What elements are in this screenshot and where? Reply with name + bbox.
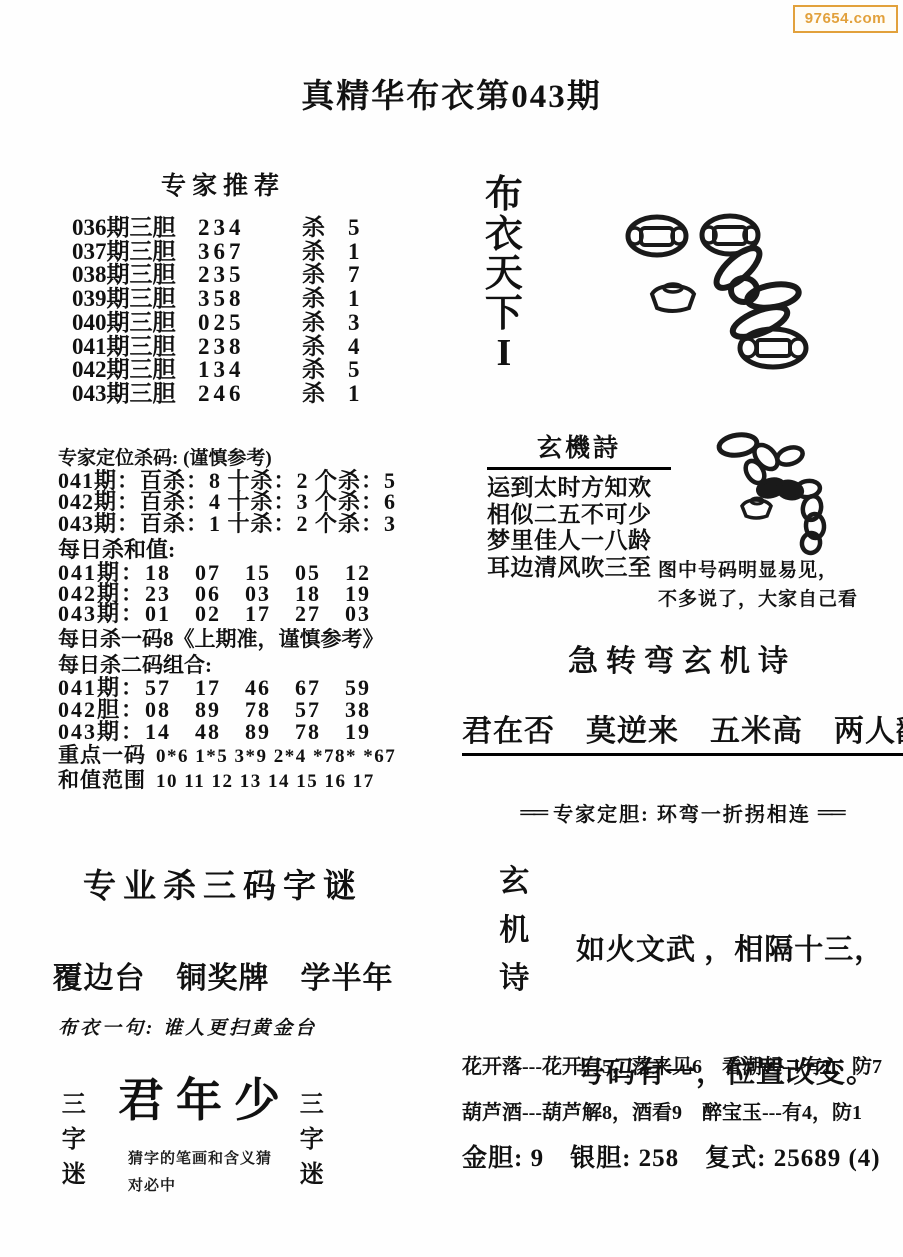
beads-chain-illustration [702,422,852,567]
three-char-note: 猜字的笔画和含义猜 对必中 [128,1146,272,1200]
kill-position-row: 041期：百杀：8 十杀：2 个杀：5 [58,470,410,491]
buyi-tianxia-vertical-title: 布衣天下I [482,176,526,374]
three-char-label-left: 三字迷 [60,1088,88,1192]
prediction-line: 葫芦酒---葫芦解8，酒看9 醉宝玉---有4，防1 [462,1090,903,1136]
lottery-sheet-page: 97654.com 真精华布衣第043期 专家推荐 036期三胆234杀5 03… [0,0,903,1257]
recommend-row: 039期三胆358杀1 [72,287,404,311]
three-char-label-right: 三字迷 [298,1088,326,1192]
left-rule-ornament: ══ [520,800,546,825]
beads-chain-sketch [702,422,852,562]
expert-dan-text: 专家定胆: 环弯一折拐相连 [553,798,811,827]
picture-note-line1: 图中号码明显易见， [658,556,858,585]
dan-poem-line1: 如火文武 ，相隔十三， [576,930,884,971]
coins-chain-sketch [610,198,850,398]
riddle-words: 覆边台 铜奖牌 学半年 [42,953,404,997]
riddle-title: 专业杀三码字谜 [42,860,404,907]
picture-note: 图中号码明显易见， 不多说了，大家自己看 [658,556,858,614]
row-issue: 039期三胆 [72,287,198,311]
xuanji-poem-title: 玄機詩 [487,428,671,470]
sharp-turn-line: 君在否 莫逆来 五米高 两人翻 [462,706,903,756]
xuanji-poem-line: 耳边清风吹三至 [487,555,671,582]
row-kill-value: 1 [348,287,360,311]
expert-recommend-title: 专家推荐 [42,166,404,202]
row-kill-value: 3 [348,311,360,335]
recommend-row: 041期三胆238杀4 [72,335,404,359]
row-dan: 358 [198,287,302,311]
row-dan: 238 [198,335,302,359]
row-kill-value: 1 [348,382,360,406]
row-issue: 038期三胆 [72,263,198,287]
sum-range-value: 10 11 12 13 14 15 16 17 [156,770,375,793]
sum-range-line: 和值范围 10 11 12 13 14 15 16 17 [58,769,410,793]
row-kill-label: 杀 [302,311,348,335]
recommend-row: 043期三胆246杀1 [72,382,404,406]
key-one-label: 重点一码 [58,744,146,767]
xuanji-poem-line: 相似二五不可少 [487,502,671,529]
key-one-value: 0*6 1*5 3*9 2*4 *78* *67 [156,745,396,768]
row-dan: 234 [198,216,302,240]
riddle-section: 专业杀三码字谜 覆边台 铜奖牌 学半年 布衣一句: 谁人更扫黄金台 [42,860,404,1040]
row-kill-value: 5 [348,358,360,382]
xuanji-poem-line: 运到太时方知欢 [487,475,671,502]
row-dan: 025 [198,311,302,335]
bottom-predictions: 花开落---花开有5，落来见6 看潮起---有2，防7 葫芦酒---葫芦解8，酒… [462,1044,903,1182]
row-kill-label: 杀 [302,263,348,287]
recommend-row: 037期三胆367杀1 [72,240,404,264]
row-kill-label: 杀 [302,382,348,406]
row-kill-value: 1 [348,240,360,264]
daily-kill-two-heading: 每日杀二码组合: [58,653,410,677]
three-char-note-line2: 对必中 [128,1173,272,1200]
kill-numbers-section: 专家定位杀码: (谨慎参考) 041期：百杀：8 十杀：2 个杀：5 042期：… [58,448,410,793]
xuanji-poem-section: 玄機詩 运到太时方知欢 相似二五不可少 梦里佳人一八龄 耳边清风吹三至 [487,428,671,581]
row-kill-value: 4 [348,335,360,359]
row-kill-label: 杀 [302,358,348,382]
sum-range-label: 和值范围 [58,769,146,792]
daily-kill-one-line: 每日杀一码8《上期准，谨慎参考》 [58,626,410,653]
row-kill-label: 杀 [302,287,348,311]
recommend-row: 042期三胆134杀5 [72,358,404,382]
row-issue: 037期三胆 [72,240,198,264]
page-title: 真精华布衣第043期 [0,70,903,117]
right-rule-ornament: ══ [818,800,844,825]
recommend-row: 040期三胆025杀3 [72,311,404,335]
buyi-sentence: 布衣一句: 谁人更扫黄金台 [42,1013,404,1040]
daily-kill-two-row: 042胆：08 89 78 57 38 [58,699,410,721]
row-dan: 246 [198,382,302,406]
final-dan-line: 金胆: 9 银胆: 258 复式: 25689 (4) [462,1136,903,1182]
kill-position-heading: 专家定位杀码: (谨慎参考) [58,448,410,470]
site-watermark: 97654.com [793,5,898,33]
expert-recommend-list: 036期三胆234杀5 037期三胆367杀1 038期三胆235杀7 039期… [42,216,404,406]
recommend-row: 038期三胆235杀7 [72,263,404,287]
row-issue: 042期三胆 [72,358,198,382]
picture-note-line2: 不多说了，大家自己看 [658,585,858,614]
row-issue: 036期三胆 [72,216,198,240]
row-kill-value: 7 [348,263,360,287]
daily-kill-two-row: 043期：14 48 89 78 19 [58,721,410,743]
expert-recommend-section: 专家推荐 036期三胆234杀5 037期三胆367杀1 038期三胆235杀7… [42,166,404,406]
row-dan: 367 [198,240,302,264]
three-char-answer: 君年少 [118,1064,292,1130]
xuanji-poem-lines: 运到太时方知欢 相似二五不可少 梦里佳人一八龄 耳边清风吹三至 [487,475,671,581]
row-kill-label: 杀 [302,216,348,240]
kill-position-row: 043期：百杀：1 十杀：2 个杀：3 [58,513,410,534]
daily-kill-two-row: 041期：57 17 46 67 59 [58,677,410,699]
xuanji-poem-line: 梦里佳人一八龄 [487,528,671,555]
xuanji-vertical-label: 玄机诗 [497,858,532,1004]
row-issue: 040期三胆 [72,311,198,335]
row-kill-label: 杀 [302,335,348,359]
row-issue: 041期三胆 [72,335,198,359]
daily-kill-sum-row: 043期：01 02 17 27 03 [58,604,410,624]
row-dan: 134 [198,358,302,382]
coins-chain-illustration [610,198,850,403]
key-one-line: 重点一码 0*6 1*5 3*9 2*4 *78* *67 [58,744,410,768]
three-char-note-line1: 猜字的笔画和含义猜 [128,1146,272,1173]
kill-position-row: 042期：百杀：4 十杀：3 个杀：6 [58,491,410,512]
daily-kill-sum-heading: 每日杀和值: [58,536,410,563]
row-dan: 235 [198,263,302,287]
sharp-turn-title: 急转弯玄机诗 [462,636,902,680]
prediction-line: 花开落---花开有5，落来见6 看潮起---有2，防7 [462,1044,903,1090]
row-kill-label: 杀 [302,240,348,264]
row-kill-value: 5 [348,216,360,240]
recommend-row: 036期三胆234杀5 [72,216,404,240]
expert-dan-line: ══ 专家定胆: 环弯一折拐相连 ══ [462,798,902,827]
row-issue: 043期三胆 [72,382,198,406]
